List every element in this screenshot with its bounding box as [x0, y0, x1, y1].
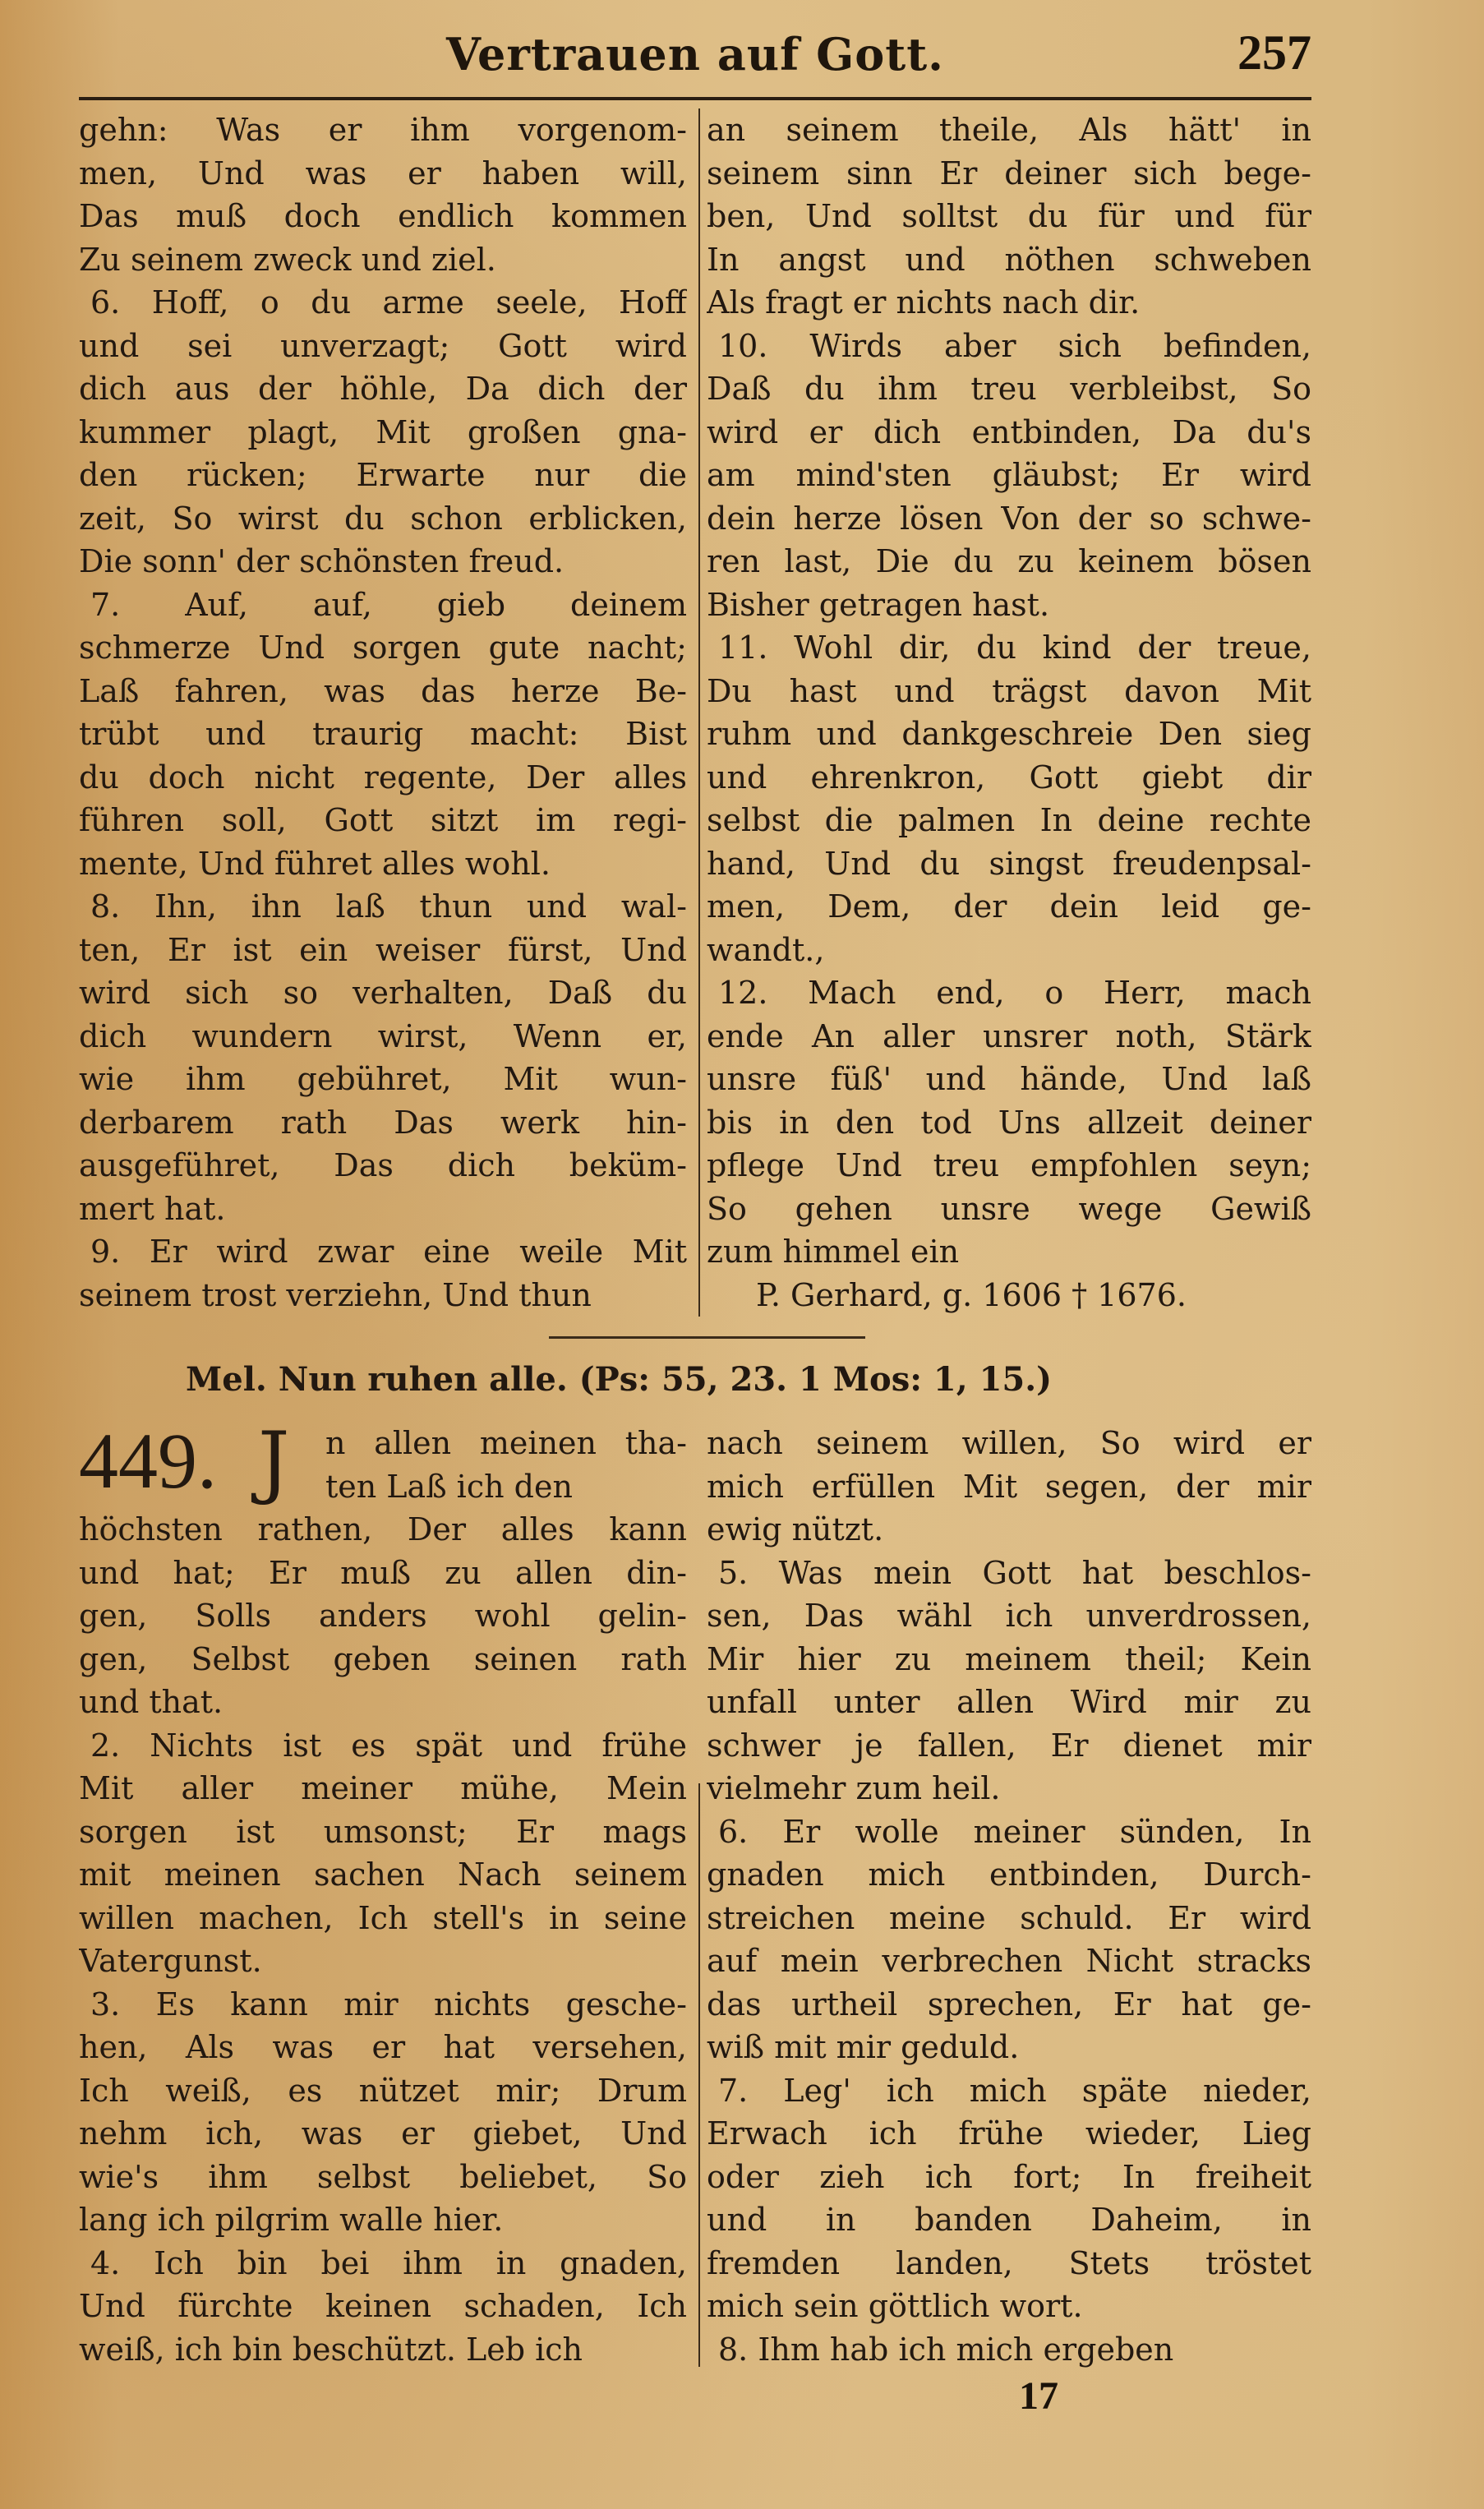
text-line: ende An aller unsrer noth, Stärk: [707, 1015, 1311, 1058]
text-line: Mir hier zu meinem theil; Kein: [707, 1638, 1311, 1681]
text-line: höchsten rathen, Der alles kann: [79, 1508, 687, 1552]
previous-hymn-continuation: gehn: Was er ihm vorgenom-men, Und was e…: [79, 108, 1311, 1317]
text-line: wiß mit mir geduld.: [707, 2026, 1311, 2069]
text-line: mit meinen sachen Nach seinem: [79, 1853, 687, 1897]
text-line: den rücken; Erwarte nur die: [79, 454, 687, 497]
column-divider: [698, 1783, 700, 2367]
text-line: gen, Solls anders wohl gelin-: [79, 1594, 687, 1638]
text-line: und hat; Er muß zu allen din-: [79, 1552, 687, 1595]
author-attribution: P. Gerhard, g. 1606 † 1676.: [707, 1274, 1311, 1317]
text-line: 4. Ich bin bei ihm in gnaden,: [79, 2242, 687, 2285]
text-line: ren last, Die du zu keinem bösen: [707, 540, 1311, 583]
text-line: 12. Mach end, o Herr, mach: [707, 971, 1311, 1015]
text-line: mert hat.: [79, 1188, 687, 1231]
text-line: wird sich so verhalten, Daß du: [79, 971, 687, 1015]
melody-line: Mel. Nun ruhen alle. (Ps: 55, 23. 1 Mos:…: [186, 1360, 1254, 1399]
text-line: auf mein verbrechen Nicht stracks: [707, 1939, 1311, 1983]
text-line: unsre füß' und hände, Und laß: [707, 1058, 1311, 1101]
text-line: selbst die palmen In deine rechte: [707, 799, 1311, 842]
first-lines: n allen meinen tha-ten Laß ich den: [325, 1422, 687, 1508]
text-line: dich aus der höhle, Da dich der: [79, 367, 687, 411]
text-line: ruhm und dankgeschreie Den sieg: [707, 713, 1311, 756]
text-line: Und fürchte keinen schaden, Ich: [79, 2285, 687, 2328]
text-line: Die sonn' der schönsten freud.: [79, 540, 687, 583]
text-line: ewig nützt.: [707, 1508, 1311, 1552]
text-line: streichen meine schuld. Er wird: [707, 1897, 1311, 1940]
text-line: 8. Ihn, ihn laß thun und wal-: [79, 885, 687, 929]
text-line: zum himmel ein: [707, 1230, 1311, 1274]
text-line: wie ihm gebühret, Mit wun-: [79, 1058, 687, 1101]
text-line: 5. Was mein Gott hat beschlos-: [707, 1552, 1311, 1595]
text-line: oder zieh ich fort; In freiheit: [707, 2156, 1311, 2199]
text-line: wird er dich entbinden, Da du's: [707, 411, 1311, 454]
hymn-449: 449. J n allen meinen tha-ten Laß ich de…: [79, 1422, 1311, 2367]
text-line: trübt und traurig macht: Bist: [79, 713, 687, 756]
text-line: führen soll, Gott sitzt im regi-: [79, 799, 687, 842]
text-line: Als fragt er nichts nach dir.: [707, 281, 1311, 325]
text-line: ben, Und solltst du für und für: [707, 195, 1311, 238]
text-line: fremden landen, Stets tröstet: [707, 2242, 1311, 2285]
hymn-number: 449.: [79, 1422, 217, 1501]
text-line: wandt.,: [707, 929, 1311, 972]
text-line: Erwach ich frühe wieder, Lieg: [707, 2112, 1311, 2156]
text-line: schmerze Und sorgen gute nacht;: [79, 626, 687, 670]
text-line: Zu seinem zweck und ziel.: [79, 238, 687, 282]
text-line: Laß fahren, was das herze Be-: [79, 670, 687, 713]
text-line: 6. Hoff, o du arme seele, Hoff: [79, 281, 687, 325]
running-head: Vertrauen auf Gott. 257: [79, 25, 1311, 90]
text-line: und that.: [79, 1681, 687, 1724]
text-line: Daß du ihm treu verbleibst, So: [707, 367, 1311, 411]
running-title: Vertrauen auf Gott.: [79, 28, 1311, 81]
text-line: dich wundern wirst, Wenn er,: [79, 1015, 687, 1058]
text-line: am mind'sten gläubst; Er wird: [707, 454, 1311, 497]
signature-mark: 17: [1019, 2373, 1058, 2419]
text-line: 6. Er wolle meiner sünden, In: [707, 1810, 1311, 1854]
text-line: dein herze lösen Von der so schwe-: [707, 497, 1311, 541]
text-line: weiß, ich bin beschützt. Leb ich: [79, 2328, 687, 2372]
text-line: In angst und nöthen schweben: [707, 238, 1311, 282]
text-line: seinem trost verziehn, Und thun: [79, 1274, 687, 1317]
text-line: Ich weiß, es nützet mir; Drum: [79, 2069, 687, 2113]
text-line: vielmehr zum heil.: [707, 1767, 1311, 1810]
text-line: lang ich pilgrim walle hier.: [79, 2198, 687, 2242]
text-line: hand, Und du singst freudenpsal-: [707, 842, 1311, 886]
text-line: 2. Nichts ist es spät und frühe: [79, 1724, 687, 1768]
text-line: kummer plagt, Mit großen gna-: [79, 411, 687, 454]
drop-cap: J: [258, 1422, 289, 1501]
text-line: ten Laß ich den: [325, 1465, 687, 1509]
text-line: men, Und was er haben will,: [79, 152, 687, 196]
text-line: und in banden Daheim, in: [707, 2198, 1311, 2242]
text-line: nehm ich, was er giebet, Und: [79, 2112, 687, 2156]
text-line: und ehrenkron, Gott giebt dir: [707, 756, 1311, 800]
text-line: wie's ihm selbst beliebet, So: [79, 2156, 687, 2199]
text-line: unfall unter allen Wird mir zu: [707, 1681, 1311, 1724]
text-line: bis in den tod Uns allzeit deiner: [707, 1101, 1311, 1145]
page-number: 257: [1237, 25, 1311, 81]
right-column: nach seinem willen, So wird ermich erfül…: [707, 1422, 1311, 2371]
text-line: Vatergunst.: [79, 1939, 687, 1983]
text-line: sorgen ist umsonst; Er mags: [79, 1810, 687, 1854]
left-column: höchsten rathen, Der alles kannund hat; …: [79, 1508, 687, 2371]
text-line: du doch nicht regente, Der alles: [79, 756, 687, 800]
section-divider: [549, 1336, 865, 1339]
text-line: gnaden mich entbinden, Durch-: [707, 1853, 1311, 1897]
text-line: mich sein göttlich wort.: [707, 2285, 1311, 2328]
text-line: Du hast und trägst davon Mit: [707, 670, 1311, 713]
text-line: 3. Es kann mir nichts gesche-: [79, 1983, 687, 2027]
text-line: zeit, So wirst du schon erblicken,: [79, 497, 687, 541]
header-rule: [79, 97, 1311, 100]
text-line: 7. Leg' ich mich späte nieder,: [707, 2069, 1311, 2113]
text-line: pflege Und treu empfohlen seyn;: [707, 1144, 1311, 1188]
text-line: Das muß doch endlich kommen: [79, 195, 687, 238]
text-line: sen, Das wähl ich unverdrossen,: [707, 1594, 1311, 1638]
text-line: mich erfüllen Mit segen, der mir: [707, 1465, 1311, 1509]
text-line: ausgeführet, Das dich beküm-: [79, 1144, 687, 1188]
text-line: mente, Und führet alles wohl.: [79, 842, 687, 886]
text-line: gehn: Was er ihm vorgenom-: [79, 108, 687, 152]
text-line: men, Dem, der dein leid ge-: [707, 885, 1311, 929]
text-line: hen, Als was er hat versehen,: [79, 2026, 687, 2069]
hymnal-page: Vertrauen auf Gott. 257 gehn: Was er ihm…: [0, 0, 1484, 2509]
right-column: an seinem theile, Als hätt' inseinem sin…: [707, 108, 1311, 1317]
text-line: schwer je fallen, Er dienet mir: [707, 1724, 1311, 1768]
column-divider: [698, 108, 700, 1317]
text-line: und sei unverzagt; Gott wird: [79, 325, 687, 368]
text-line: das urtheil sprechen, Er hat ge-: [707, 1983, 1311, 2027]
text-line: 7. Auf, auf, gieb deinem: [79, 583, 687, 627]
text-line: So gehen unsre wege Gewiß: [707, 1188, 1311, 1231]
text-line: seinem sinn Er deiner sich bege-: [707, 152, 1311, 196]
text-line: ten, Er ist ein weiser fürst, Und: [79, 929, 687, 972]
text-line: n allen meinen tha-: [325, 1422, 687, 1465]
text-line: gen, Selbst geben seinen rath: [79, 1638, 687, 1681]
text-line: willen machen, Ich stell's in seine: [79, 1897, 687, 1940]
text-line: Bisher getragen hast.: [707, 583, 1311, 627]
text-line: 10. Wirds aber sich befinden,: [707, 325, 1311, 368]
left-column: gehn: Was er ihm vorgenom-men, Und was e…: [79, 108, 687, 1317]
text-line: 9. Er wird zwar eine weile Mit: [79, 1230, 687, 1274]
text-line: derbarem rath Das werk hin-: [79, 1101, 687, 1145]
text-line: nach seinem willen, So wird er: [707, 1422, 1311, 1465]
text-line: an seinem theile, Als hätt' in: [707, 108, 1311, 152]
text-line: Mit aller meiner mühe, Mein: [79, 1767, 687, 1810]
text-line: 8. Ihm hab ich mich ergeben: [707, 2328, 1311, 2372]
text-line: 11. Wohl dir, du kind der treue,: [707, 626, 1311, 670]
